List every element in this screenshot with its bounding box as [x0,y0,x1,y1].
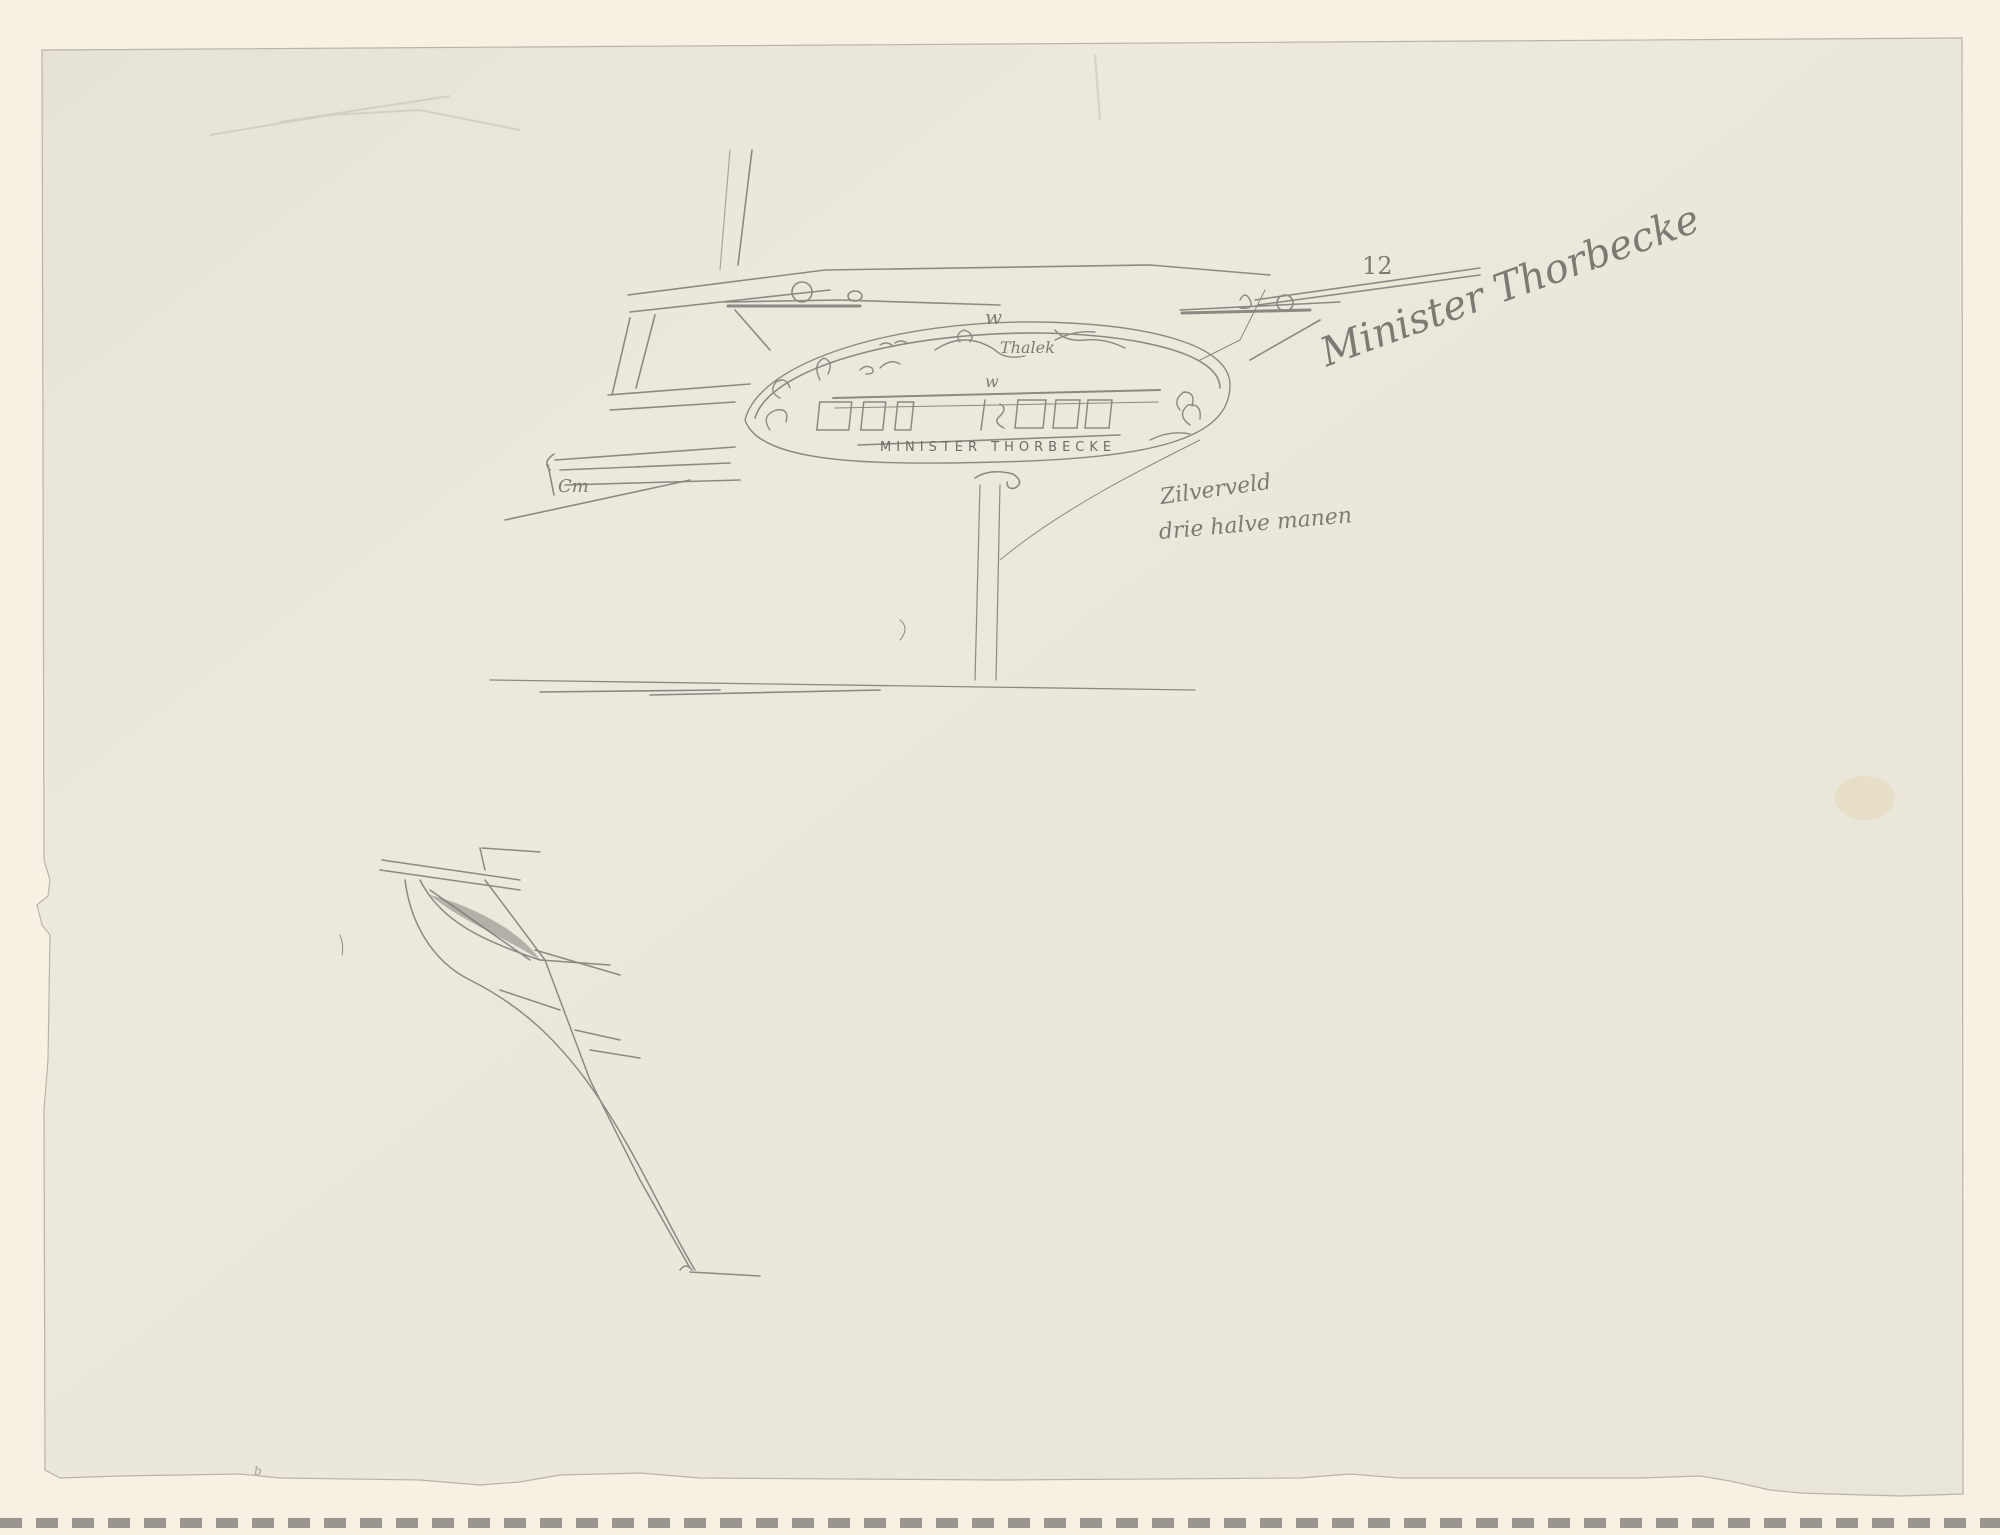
annotation-letter-w-mid: w [985,372,999,391]
stern-lettering: MINISTER THORBECKE [880,440,1116,455]
annotation-crest-script: Thalek [1000,338,1055,357]
annotation-number: 12 [1362,252,1393,280]
annotation-bottom-mark: b [254,1464,262,1478]
annotation-margin-mark: Cm [558,476,589,497]
annotation-letter-w-top: w [985,305,1002,329]
scan-border-dashes [0,1518,2000,1528]
paper-sheet: 12 Minister Thorbecke w Thalek w MINISTE… [0,0,2000,1535]
paper-outline [37,38,1963,1496]
paper-stain [1835,776,1895,820]
